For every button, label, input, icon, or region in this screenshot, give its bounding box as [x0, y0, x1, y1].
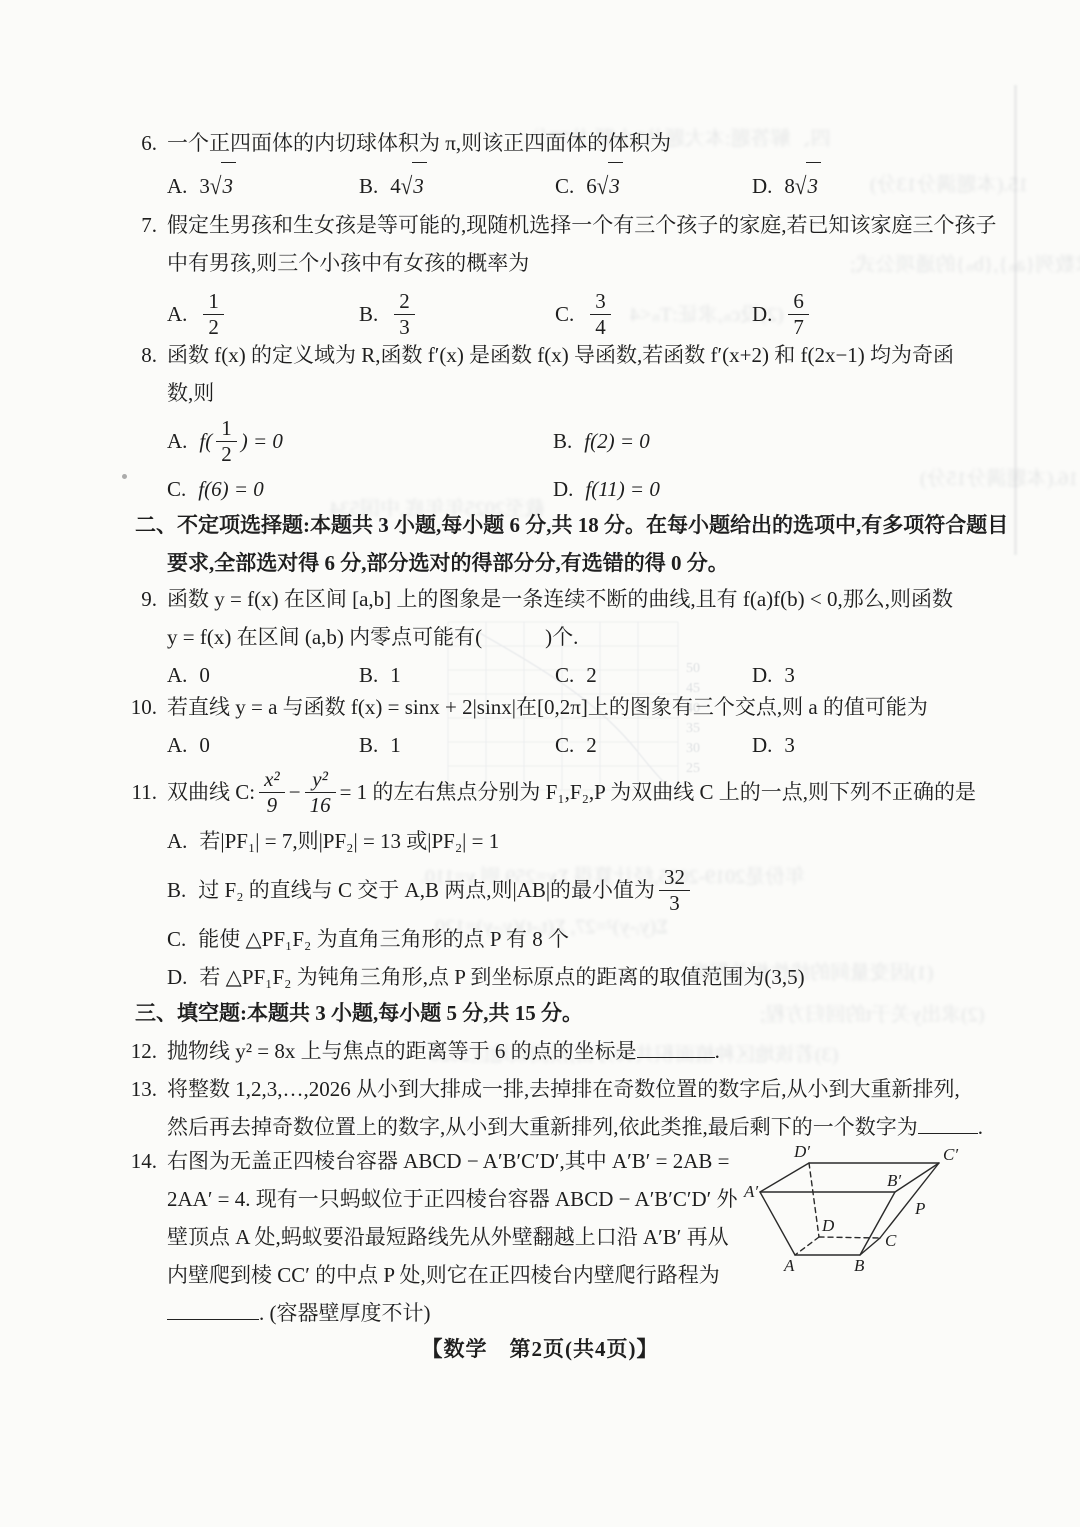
stem-text: 双曲线 C: [167, 780, 255, 804]
stem-text: = 1 的左右焦点分别为 F₁,F₂,P 为双曲线 C 上的一点,则下列不正确的… [340, 780, 977, 804]
stem-text: 中有男孩,则三个小孩中有女孩的概率为 [167, 251, 529, 275]
fraction: 323 [659, 866, 690, 914]
question-number: 12. [131, 1032, 167, 1070]
stem-text: 将整数 1,2,3,…,2026 从小到大排成一排,去掉排在奇数位置的数字后,从… [167, 1077, 960, 1101]
vertex-label-b: B [854, 1256, 865, 1275]
section-3-line1: 三、填空题:本题共 3 小题,每小题 5 分,共 15 分。 [135, 994, 1040, 1032]
frustum-figure: A′ D′ C′ B′ P D C A B [742, 1140, 1028, 1300]
question-13-stem-line1: 13. 将整数 1,2,3,…,2026 从小到大排成一排,去掉排在奇数位置的数… [167, 1070, 1040, 1108]
question-number: 6. [141, 124, 167, 162]
option-d: D.若 △PF₁F₂ 为钝角三角形,点 P 到坐标原点的距离的取值范围为(3,5… [167, 958, 1040, 996]
option-a: A.0 [167, 726, 210, 764]
question-number: 9. [141, 580, 167, 618]
option-a: A.3√3 [167, 162, 236, 208]
option-b: B.1 [359, 726, 401, 764]
fraction: y²16 [305, 768, 336, 816]
question-number: 11. [132, 762, 167, 822]
stem-text: 假定生男孩和生女孩是等可能的,现随机选择一个有三个孩子的家庭,若已知该家庭三个孩… [167, 213, 997, 237]
question-11-stem: 11. 双曲线 C:x²9−y²16= 1 的左右焦点分别为 F₁,F₂,P 为… [167, 762, 1040, 822]
question-12: 12. 抛物线 y² = 8x 上与焦点的距离等于 6 的点的坐标是. [167, 1032, 1040, 1070]
question-8-stem-line2: 数,则 [167, 374, 1040, 412]
question-9: 9. 函数 y = f(x) 在区间 [a,b] 上的图象是一条连续不断的曲线,… [167, 580, 1040, 694]
option-a: A.若|PF₁| = 7,则|PF₂| = 13 或|PF₂| = 1 [167, 822, 1040, 860]
stem-text: 函数 y = f(x) 在区间 [a,b] 上的图象是一条连续不断的曲线,且有 … [167, 587, 953, 611]
vertex-label-c-prime: C′ [943, 1145, 958, 1164]
vertex-label-c: C [885, 1231, 897, 1250]
fraction: 34 [590, 290, 611, 338]
option-b: B.4√3 [359, 162, 427, 208]
option-d: D.f(11) = 0 [553, 470, 660, 508]
section-2-line2: 要求,全部选对得 6 分,部分选对的得部分分,有选错的得 0 分。 [135, 544, 1040, 582]
stem-text: 函数 f(x) 的定义域为 R,函数 f′(x) 是函数 f(x) 导函数,若函… [167, 343, 954, 367]
page-footer: 【数学 第2页(共4页)】 [0, 1330, 1080, 1368]
question-number: 8. [141, 336, 167, 374]
stem-text: 右图为无盖正四棱台容器 ABCD − A′B′C′D′,其中 A′B′ = 2A… [167, 1149, 729, 1173]
sqrt: √3 [597, 162, 623, 208]
edge-d-c-hidden [819, 1237, 880, 1238]
section-2-header: 二、不定项选择题:本题共 3 小题,每小题 6 分,共 18 分。在每小题给出的… [135, 506, 1040, 582]
vertex-label-d-prime: D′ [793, 1142, 810, 1161]
vertex-label-d: D [821, 1216, 835, 1235]
edge-aprime-a [760, 1192, 795, 1255]
question-number: 10. [131, 688, 167, 726]
fraction: 12 [203, 290, 224, 338]
midpoint-label-p: P [914, 1199, 925, 1218]
option-b: B.过 F₂ 的直线与 C 交于 A,B 两点,则|AB|的最小值为323 [167, 860, 1040, 920]
question-8: 8. 函数 f(x) 的定义域为 R,函数 f′(x) 是函数 f(x) 导函数… [167, 336, 1040, 508]
question-number: 13. [131, 1070, 167, 1108]
question-10: 10. 若直线 y = a 与函数 f(x) = sinx + 2|sinx|在… [167, 688, 1040, 764]
question-8-options-ab: A.f(12) = 0 B.f(2) = 0 [167, 412, 1040, 470]
vertex-label-a: A [783, 1256, 795, 1275]
fraction: 23 [394, 290, 415, 338]
answer-blank [918, 1112, 978, 1134]
stem-text: 抛物线 y² = 8x 上与焦点的距离等于 6 的点的坐标是 [167, 1039, 637, 1063]
section-2-line1: 二、不定项选择题:本题共 3 小题,每小题 6 分,共 18 分。在每小题给出的… [135, 506, 1040, 544]
option-c: C.f(6) = 0 [167, 470, 264, 508]
sqrt: √3 [795, 162, 821, 208]
sqrt: √3 [210, 162, 236, 208]
top-rim-back [760, 1163, 939, 1192]
question-8-stem-line1: 8. 函数 f(x) 的定义域为 R,函数 f′(x) 是函数 f(x) 导函数… [167, 336, 1040, 374]
option-c: C.6√3 [555, 162, 623, 208]
stem-text: 若直线 y = a 与函数 f(x) = sinx + 2|sinx|在[0,2… [167, 695, 928, 719]
ink-speck [122, 474, 127, 479]
question-10-options: A.0 B.1 C.2 D.3 [167, 726, 1040, 764]
question-9-stem-line2: y = f(x) 在区间 (a,b) 内零点可能有( )个. [167, 618, 1040, 656]
question-13: 13. 将整数 1,2,3,…,2026 从小到大排成一排,去掉排在奇数位置的数… [167, 1070, 1040, 1146]
vertex-label-b-prime: B′ [887, 1171, 901, 1190]
stem-text: 然后再去掉奇数位置上的数字,从小到大重新排列,依此类推,最后剩下的一个数字为 [167, 1115, 918, 1139]
question-6-options: A.3√3 B.4√3 C.6√3 D.8√3 [167, 162, 1040, 206]
option-c: C.2 [555, 726, 597, 764]
edge-dprime-d-hidden [809, 1163, 819, 1237]
option-b: B.f(2) = 0 [553, 412, 650, 470]
section-3-header: 三、填空题:本题共 3 小题,每小题 5 分,共 15 分。 [135, 994, 1040, 1032]
question-7-stem-line2: 中有男孩,则三个小孩中有女孩的概率为 [167, 244, 1040, 282]
answer-blank [637, 1036, 715, 1058]
option-d: D.8√3 [752, 162, 821, 208]
fraction: 12 [216, 417, 237, 465]
question-7: 7. 假定生男孩和生女孩是等可能的,现随机选择一个有三个孩子的家庭,若已知该家庭… [167, 206, 1040, 346]
question-12-stem: 12. 抛物线 y² = 8x 上与焦点的距离等于 6 的点的坐标是. [167, 1032, 1040, 1070]
question-8-options-cd: C.f(6) = 0 D.f(11) = 0 [167, 470, 1040, 508]
option-a: A.f(12) = 0 [167, 412, 283, 470]
question-10-stem: 10. 若直线 y = a 与函数 f(x) = sinx + 2|sinx|在… [167, 688, 1040, 726]
fraction: x²9 [259, 768, 285, 816]
question-6: 6. 一个正四面体的内切球体积为 π,则该正四面体的体积为 A.3√3 B.4√… [167, 124, 1040, 206]
sqrt: √3 [401, 162, 427, 208]
option-d: D.3 [752, 726, 795, 764]
stem-text: y = f(x) 在区间 (a,b) 内零点可能有( )个. [167, 625, 578, 649]
question-7-stem-line1: 7. 假定生男孩和生女孩是等可能的,现随机选择一个有三个孩子的家庭,若已知该家庭… [167, 206, 1040, 244]
option-c: C.能使 △PF₁F₂ 为直角三角形的点 P 有 8 个 [167, 920, 1040, 958]
stem-text: 一个正四面体的内切球体积为 π,则该正四面体的体积为 [167, 131, 671, 155]
top-rim-front [760, 1163, 939, 1192]
edge-d-a-hidden [795, 1237, 819, 1255]
question-number: 7. [141, 206, 167, 244]
question-11: 11. 双曲线 C:x²9−y²16= 1 的左右焦点分别为 F₁,F₂,P 为… [167, 762, 1040, 996]
question-6-stem: 6. 一个正四面体的内切球体积为 π,则该正四面体的体积为 [167, 124, 1040, 162]
question-9-stem-line1: 9. 函数 y = f(x) 在区间 [a,b] 上的图象是一条连续不断的曲线,… [167, 580, 1040, 618]
answer-blank [167, 1298, 259, 1320]
fraction: 67 [788, 290, 809, 338]
stem-text: 数,则 [167, 381, 214, 405]
vertex-label-a-prime: A′ [743, 1182, 758, 1201]
question-number: 14. [131, 1142, 167, 1180]
